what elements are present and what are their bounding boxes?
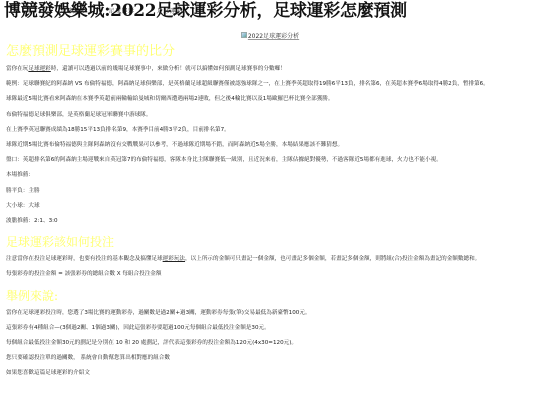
paragraph: 範例：足球聯賽紀的阿森納 VS 布倫特福德，阿森納足球俱樂部，是英格蘭足球超級聯… (6, 80, 534, 88)
paragraph-text: 時，還讀可以透過以前的幾場足球賽事中，來做分析！就可以搞懂如何預測足球賽事的分數… (51, 66, 286, 72)
paragraph: 注意當你在投注足球運彩時，也要有投注的基本觀念及搞懂足球運彩玩法，以上所示的金額… (6, 255, 534, 263)
broken-image-icon (241, 32, 247, 38)
article-body: 怎麼預測足球運彩賽事的比分 當你在玩足球運彩時，還讀可以透過以前的幾場足球賽事中… (0, 45, 540, 378)
section-heading: 舉例來說: (6, 289, 534, 303)
paragraph: 布倫特福德足球俱樂部，是英格蘭足球冠軍聯賽中游球隊。 (6, 111, 534, 119)
paragraph: 盤口：英超排名第6的阿森納主場迎戰來自英冠第7的布倫特福德，客隊本身比主隊聯賽低… (6, 156, 534, 164)
paragraph: 這張彩券有4種組合—(3個過2關、1個過3關)，因此這張彩券要超過100元每個組… (6, 324, 534, 332)
recommendation-win-draw-lose: 勝平負：主勝 (6, 187, 534, 195)
paragraph: 每個組合最低投注金額30元的劃記是分別在 10 和 20 處劃記，評代表這張彩券… (6, 339, 534, 347)
hero-image: 2022足球運彩分析 (241, 31, 299, 40)
paragraph: 如果您喜歡這篇足球運彩的介紹文 (6, 369, 534, 377)
paragraph: 球隊最近5場比賽看來阿森納在本賽季英超前兩輪輸給曼城和切爾西遭遇兩場2連敗，但之… (6, 95, 534, 103)
soccer-lottery-link[interactable]: 足球運彩 (28, 66, 50, 72)
recommendation-label: 本場推薦： (6, 171, 534, 179)
paragraph-text: 當你在玩 (6, 66, 28, 72)
formula: 每張彩券的投注金額 = 該張彩券的總組合數 X 每組合投注金額 (6, 270, 534, 278)
paragraph: 球隊近期5場比賽布倫特福德與主隊阿森納沒有交戰戰果可以參考，不過球隊近期場不錯，… (6, 141, 534, 149)
section-heading: 足球運彩該如何投注 (6, 235, 534, 249)
paragraph: 當你在玩足球運彩時，還讀可以透過以前的幾場足球賽事中，來做分析！就可以搞懂如何預… (6, 65, 534, 73)
hero-image-alt: 2022足球運彩分析 (248, 31, 299, 40)
paragraph: 當你在足球運彩投注時，您選了3場比賽的運動彩券，過關數是過2關+過3關，運動彩券… (6, 309, 534, 317)
recommendation-over-under: 大小球：大球 (6, 202, 534, 210)
hero-image-container: 2022足球運彩分析 (0, 23, 540, 35)
paragraph-text: ，以上所示的金額可只畫記一個金額，也可畫記多個金額，若畫記多個金額，則將組(合)… (185, 256, 480, 262)
paragraph-text: 注意當你在投注足球運彩時，也要有投注的基本觀念及搞懂足球 (6, 256, 163, 262)
recommendation-correct-score: 波膽推薦：2:1、3:0 (6, 217, 534, 225)
lottery-rules-link[interactable]: 運彩玩法 (163, 256, 185, 262)
page-title: 博競發娛樂城:2022足球運彩分析，足球運彩怎麼預測 (0, 0, 540, 22)
paragraph: 您只要確認投注單的過關數， 系統會自動幫您算出相對應的組合數 (6, 354, 534, 362)
paragraph: 在上賽季英冠聯賽成績為18勝15平13負排名第9，本賽季目前4勝3平2負，目前排… (6, 126, 534, 134)
section-heading: 怎麼預測足球運彩賽事的比分 (6, 45, 534, 59)
